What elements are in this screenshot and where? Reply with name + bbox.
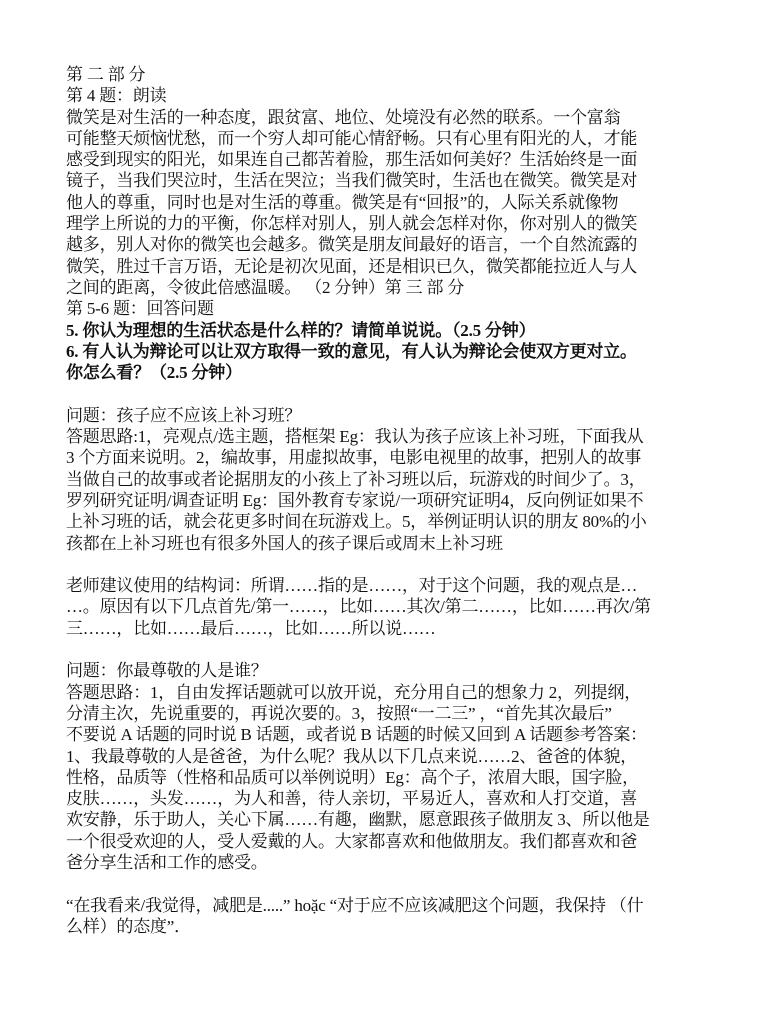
question-5: 5. 你认为理想的生活状态是什么样的？请简单说说。（2.5 分钟） [66, 320, 716, 341]
reading-line: 可能整天烦恼忧愁，而一个穷人却可能心情舒畅。只有心里有阳光的人，才能 [66, 128, 716, 149]
reading-line: 越多，别人对你的微笑也会越多。微笑是朋友间最好的语言，一个自然流露的 [66, 234, 716, 255]
reading-line: 他人的尊重，同时也是对生活的尊重。微笑是有“回报”的，人际关系就像物 [66, 192, 716, 213]
respected-person-answer-line: 爸分享生活和工作的感受。 [66, 852, 716, 873]
tutoring-answer-line: 答题思路:1，亮观点/选主题，搭框架 Eg：我认为孩子应该上补习班，下面我从 [66, 426, 716, 447]
question-6-line: 你怎么看？（2.5 分钟） [66, 362, 716, 383]
tutoring-answer-line: 上补习班的话，就会花更多时间在玩游戏上。5，举例证明认识的朋友 80%的小 [66, 511, 716, 532]
structure-words-section: 老师建议使用的结构词：所谓……指的是……，对于这个问题，我的观点是… …。原因有… [66, 575, 716, 639]
tutoring-answer-line: 罗列研究证明/调查证明 Eg：国外教育专家说/一项研究证明4，反向例证如果不 [66, 490, 716, 511]
structure-words-line: …。原因有以下几点首先/第一……，比如……其次/第二……，比如……再次/第 [66, 596, 716, 617]
respected-person-answer-line: 答题思路：1，自由发挥话题就可以放开说，充分用自己的想象力 2，列提纲， [66, 682, 716, 703]
spacer [66, 554, 716, 575]
tutoring-section: 问题：孩子应不应该上补习班？ 答题思路:1，亮观点/选主题，搭框架 Eg：我认为… [66, 405, 716, 554]
reading-passage: 微笑是对生活的一种态度，跟贫富、地位、处境没有必然的联系。一个富翁 可能整天烦恼… [66, 107, 716, 299]
document-page: 第 二 部 分 第 4 题：朗读 微笑是对生活的一种态度，跟贫富、地位、处境没有… [66, 64, 716, 937]
reading-line: 感受到现实的阳光，如果连自己都苦着脸，那生活如何美好？生活始终是一面 [66, 149, 716, 170]
tutoring-answer-line: 3 个方面来说明。2，编故事，用虚拟故事，电影电视里的故事，把别人的故事 [66, 447, 716, 468]
tutoring-answer-line: 孩都在上补习班也有很多外国人的孩子课后或周末上补习班 [66, 533, 716, 554]
weight-loss-line: “在我看来/我觉得，减肥是.....” hoặc “对于应不应该减肥这个问题，我… [66, 895, 716, 916]
structure-words-line: 三……，比如……最后……，比如……所以说…… [66, 618, 716, 639]
respected-person-answer-line: 分清主次，先说重要的，再说次要的。3，按照“一二三” ，“首先其次最后” [66, 703, 716, 724]
question-5-6-title: 第 5-6 题：回答问题 [66, 298, 716, 319]
reading-line: 理学上所说的力的平衡，你怎样对别人，别人就会怎样对你，你对别人的微笑 [66, 213, 716, 234]
respected-person-question: 问题：你最尊敬的人是谁？ [66, 660, 716, 681]
respected-person-answer-line: 不要说 A 话题的同时说 B 话题，或者说 B 话题的时候又回到 A 话题参考答… [66, 724, 716, 745]
reading-line: 微笑，胜过千言万语，无论是初次见面，还是相识已久，微笑都能拉近人与人 [66, 256, 716, 277]
respected-person-answer-line: 一个很受欢迎的人，受人爱戴的人。大家都喜欢和他做朋友。我们都喜欢和爸 [66, 831, 716, 852]
spacer [66, 639, 716, 660]
respected-person-answer-line: 欢安静，乐于助人，关心下属……有趣，幽默，愿意跟孩子做朋友 3、所以他是 [66, 809, 716, 830]
tutoring-answer-line: 当做自己的故事或者论据朋友的小孩上了补习班以后，玩游戏的时间少了。3， [66, 469, 716, 490]
spacer [66, 873, 716, 894]
respected-person-section: 问题：你最尊敬的人是谁？ 答题思路：1，自由发挥话题就可以放开说，充分用自己的想… [66, 660, 716, 873]
structure-words-line: 老师建议使用的结构词：所谓……指的是……，对于这个问题，我的观点是… [66, 575, 716, 596]
respected-person-answer-line: 皮肤……，头发……，为人和善，待人亲切，平易近人，喜欢和人打交道，喜 [66, 788, 716, 809]
reading-line: 镜子，当我们哭泣时，生活在哭泣；当我们微笑时，生活也在微笑。微笑是对 [66, 170, 716, 191]
reading-line: 微笑是对生活的一种态度，跟贫富、地位、处境没有必然的联系。一个富翁 [66, 107, 716, 128]
respected-person-answer-line: 性格，品质等（性格和品质可以举例说明）Eg：高个子，浓眉大眼，国字脸， [66, 767, 716, 788]
part-two-heading: 第 二 部 分 [66, 64, 716, 85]
question-4-title: 第 4 题：朗读 [66, 85, 716, 106]
tutoring-question: 问题：孩子应不应该上补习班？ [66, 405, 716, 426]
respected-person-answer-line: 1、我最尊敬的人是爸爸，为什么呢？我从以下几点来说……2、爸爸的体貌， [66, 746, 716, 767]
weight-loss-line: 么样）的态度”． [66, 916, 716, 937]
spacer [66, 383, 716, 404]
reading-line: 之间的距离，令彼此倍感温暖。 （2 分钟）第 三 部 分 [66, 277, 716, 298]
question-6-line: 6. 有人认为辩论可以让双方取得一致的意见，有人认为辩论会使双方更对立。 [66, 341, 716, 362]
weight-loss-section: “在我看来/我觉得，减肥是.....” hoặc “对于应不应该减肥这个问题，我… [66, 895, 716, 938]
